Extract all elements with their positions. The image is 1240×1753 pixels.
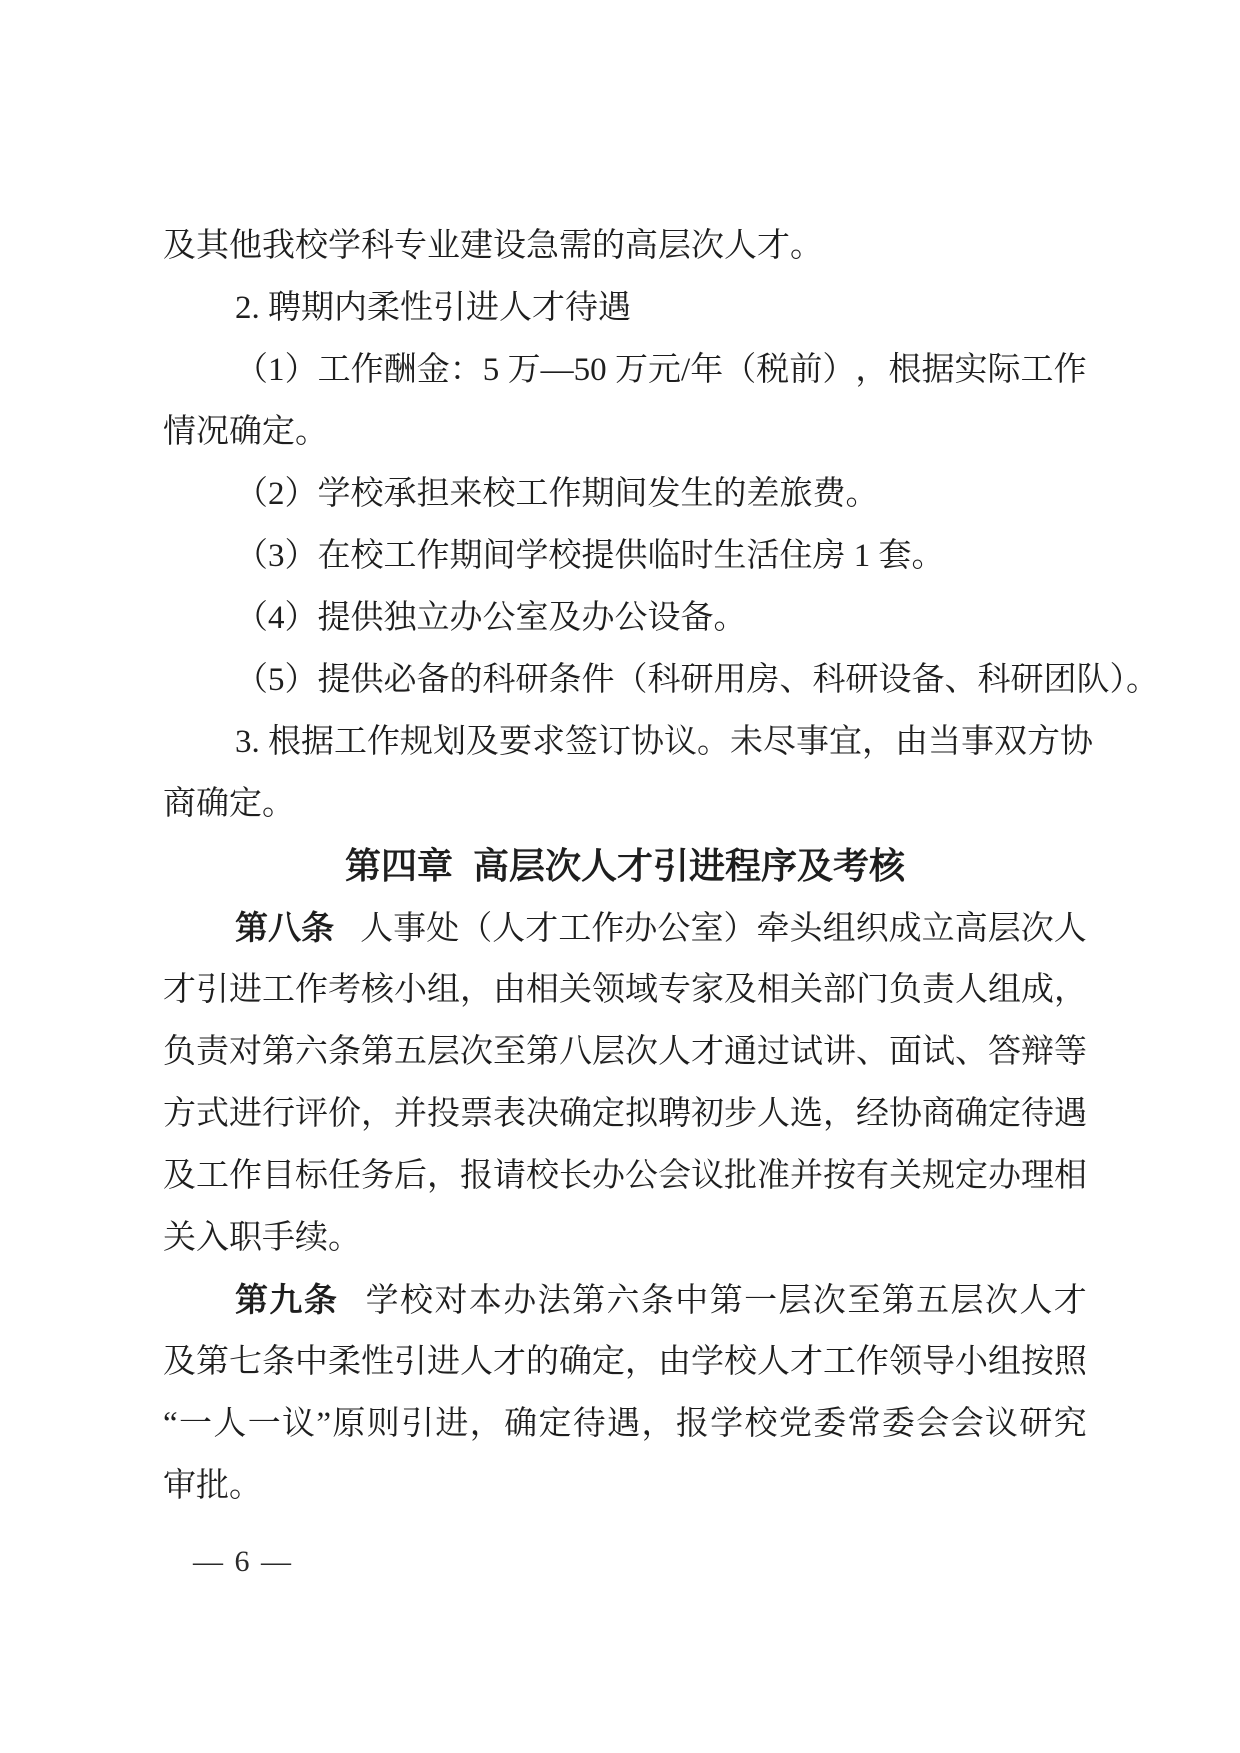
body-line: 方式进行评价，并投票表决确定拟聘初步人选，经协商确定待遇	[163, 1083, 1087, 1145]
body-line: （3）在校工作期间学校提供临时生活住房 1 套。	[163, 525, 1087, 587]
body-line: 3. 根据工作规划及要求签订协议。未尽事宜，由当事双方协	[163, 711, 1087, 773]
body-line: 2. 聘期内柔性引进人才待遇	[163, 277, 1087, 339]
body-line: 情况确定。	[163, 401, 1087, 463]
chapter-heading: 第四章 高层次人才引进程序及考核	[163, 835, 1087, 897]
body-line: （2）学校承担来校工作期间发生的差旅费。	[163, 463, 1087, 525]
body-line: 负责对第六条第五层次至第八层次人才通过试讲、面试、答辩等	[163, 1021, 1087, 1083]
body-line: （1）工作酬金：5 万—50 万元/年（税前），根据实际工作	[163, 339, 1087, 401]
body-line: 审批。	[163, 1455, 1087, 1517]
body-line: （4）提供独立办公室及办公设备。	[163, 587, 1087, 649]
body-line-article-8: 第八条人事处（人才工作办公室）牵头组织成立高层次人	[163, 897, 1087, 959]
document-page: 及其他我校学科专业建设急需的高层次人才。 2. 聘期内柔性引进人才待遇 （1）工…	[0, 0, 1240, 1753]
body-line: 关入职手续。	[163, 1207, 1087, 1269]
body-line: 才引进工作考核小组，由相关领域专家及相关部门负责人组成，	[163, 959, 1087, 1021]
body-line: 及第七条中柔性引进人才的确定，由学校人才工作领导小组按照	[163, 1331, 1087, 1393]
document-body: 及其他我校学科专业建设急需的高层次人才。 2. 聘期内柔性引进人才待遇 （1）工…	[0, 0, 1240, 1517]
body-line: （5）提供必备的科研条件（科研用房、科研设备、科研团队）。	[163, 649, 1087, 711]
body-line: 商确定。	[163, 773, 1087, 835]
body-line: 及工作目标任务后，报请校长办公会议批准并按有关规定办理相	[163, 1145, 1087, 1207]
body-line: “一人一议”原则引进，确定待遇，报学校党委常委会会议研究	[163, 1393, 1087, 1455]
body-line-article-9: 第九条学校对本办法第六条中第一层次至第五层次人才	[163, 1269, 1087, 1331]
body-line: 及其他我校学科专业建设急需的高层次人才。	[163, 215, 1087, 277]
page-number: — 6 —	[193, 1545, 1240, 1579]
